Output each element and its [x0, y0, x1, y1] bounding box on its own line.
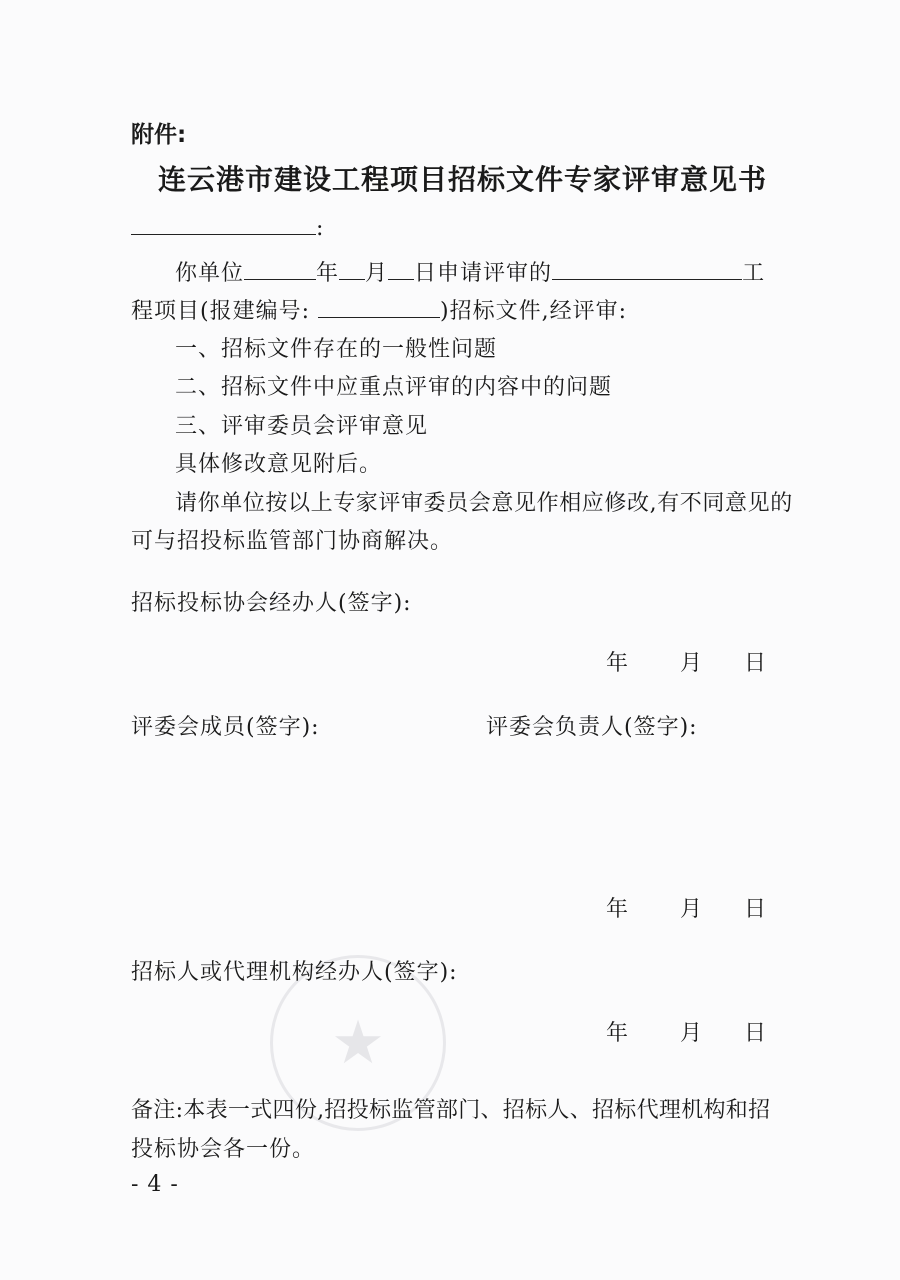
request-line-1: 请你单位按以上专家评审委员会意见作相应修改,有不同意见的 — [175, 486, 793, 517]
tenderer-handler-signature-label: 招标人或代理机构经办人(签字): — [131, 955, 458, 986]
page-number: - 4 - — [131, 1172, 179, 1197]
item-general-issues: 一、招标文件存在的一般性问题 — [175, 332, 497, 363]
committee-member-signature-label: 评委会成员(签字): — [131, 710, 320, 741]
addressee-line[interactable]: : — [131, 214, 324, 241]
remark-line-1: 备注:本表一式四份,招投标监管部门、招标人、招标代理机构和招 — [131, 1093, 770, 1124]
remark-line-2: 投标协会各一份。 — [131, 1132, 315, 1163]
apply-month-blank[interactable] — [388, 259, 414, 280]
association-handler-signature-label: 招标投标协会经办人(签字): — [131, 586, 412, 617]
request-line-2: 可与招投标监管部门协商解决。 — [131, 524, 453, 555]
addressee-blank[interactable] — [131, 214, 316, 235]
application-line-1: 你单位年月日申请评审的工 — [175, 256, 765, 287]
item-committee-opinion: 三、评审委员会评审意见 — [175, 409, 428, 440]
attachment-label: 附件: — [131, 116, 186, 149]
application-line-2: 程项目(报建编号: )招标文件,经评审: — [131, 294, 627, 325]
registration-number-blank[interactable] — [318, 297, 440, 318]
detail-note: 具体修改意见附后。 — [175, 447, 382, 478]
apply-date-blank[interactable] — [244, 259, 316, 280]
committee-head-signature-label: 评委会负责人(签字): — [486, 710, 698, 741]
star-icon: ★ — [331, 1008, 385, 1078]
document-title: 连云港市建设工程项目招标文件专家评审意见书 — [158, 158, 767, 198]
apply-year-blank[interactable] — [339, 259, 365, 280]
item-key-issues: 二、招标文件中应重点评审的内容中的问题 — [175, 370, 612, 401]
project-name-blank[interactable] — [552, 259, 742, 280]
